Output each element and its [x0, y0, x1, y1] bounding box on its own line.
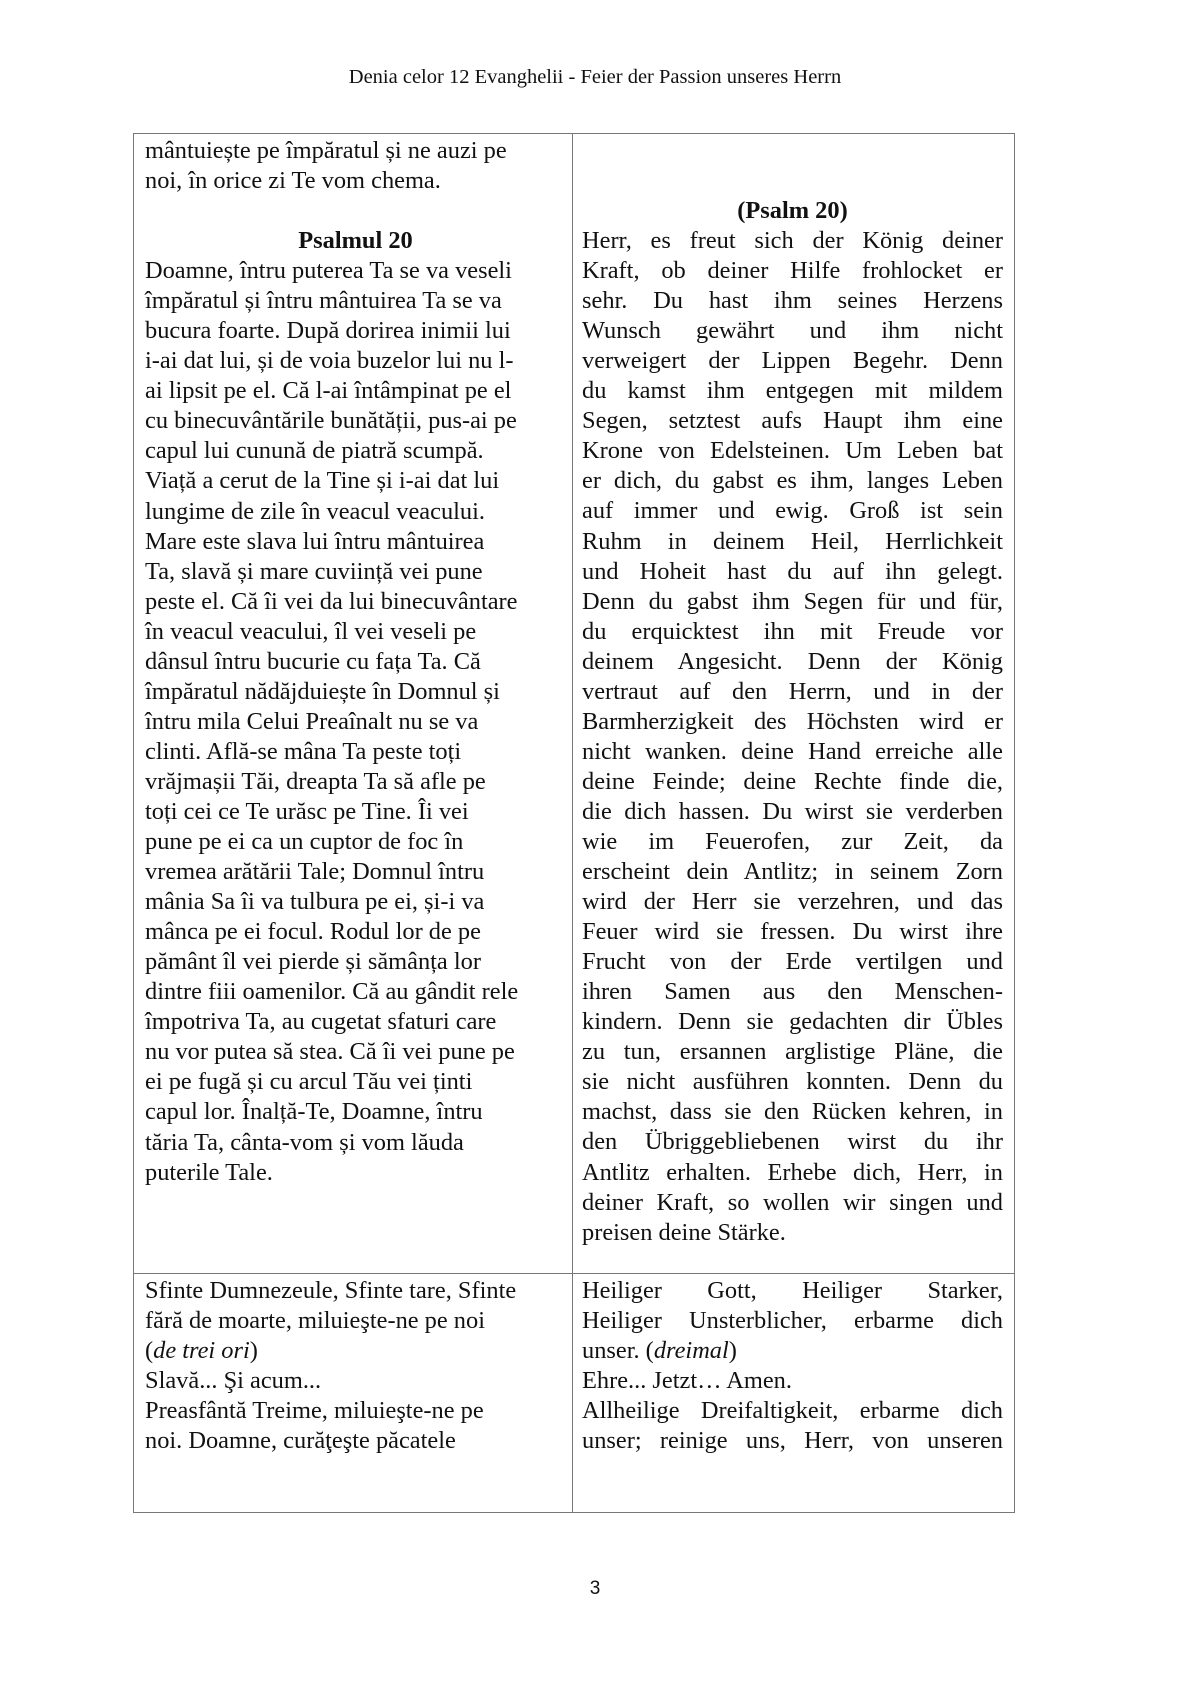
text-line: zu tun, ersannen arglistige Pläne, die: [582, 1037, 1003, 1067]
text-line: deine Feinde; deine Rechte finde die,: [582, 767, 1003, 797]
text-line: preisen deine Stärke.: [582, 1218, 1003, 1248]
text-line: Heiliger Gott, Heiliger Starker,: [582, 1276, 1003, 1306]
text-line: i-ai dat lui, și de voia buzelor lui nu …: [145, 346, 566, 376]
text-line: (de trei ori): [145, 1336, 566, 1366]
text-line: erscheint dein Antlitz; in seinem Zorn: [582, 857, 1003, 887]
german-column-cell: (Psalm 20) Herr, es freut sich der König…: [573, 134, 1015, 1274]
text-line: noi, în orice zi Te vom chema.: [145, 166, 566, 196]
text-line: ai lipsit pe el. Că l-ai întâmpinat pe e…: [145, 376, 566, 406]
text-line: tăria Ta, cânta-vom și vom lăuda: [145, 1128, 566, 1158]
text-line: ihren Samen aus den Menschen-: [582, 977, 1003, 1007]
german-psalm-text: Herr, es freut sich der König deinerKraf…: [582, 226, 1003, 1248]
text-line: nicht wanken. deine Hand erreiche alle: [582, 737, 1003, 767]
romanian-psalm-heading: Psalmul 20: [145, 226, 566, 256]
text-line: Slavă... Şi acum...: [145, 1366, 566, 1396]
romanian-psalm-text: Doamne, întru puterea Ta se va veseliîmp…: [145, 256, 566, 1187]
text-line: împăratul nădăjduiește în Domnul și: [145, 677, 566, 707]
text-line: kindern. Denn sie gedachten dir Übles: [582, 1007, 1003, 1037]
page-number: 3: [0, 1578, 1190, 1600]
text-line: vrăjmașii Tăi, dreapta Ta să afle pe: [145, 767, 566, 797]
text-line: vertraut auf den Herrn, und in der: [582, 677, 1003, 707]
text-line: ei pe fugă și cu arcul Tău vei ținti: [145, 1067, 566, 1097]
text-line: nu vor putea să stea. Că îi vei pune pe: [145, 1037, 566, 1067]
text-line: Antlitz erhalten. Erhebe dich, Herr, in: [582, 1158, 1003, 1188]
text-line: dintre fiii oamenilor. Că au gândit rele: [145, 977, 566, 1007]
text-line: vremea arătării Tale; Domnul întru: [145, 857, 566, 887]
text-line: Ruhm in deinem Heil, Herrlichkeit: [582, 527, 1003, 557]
text-line: du erquicktest ihn mit Freude vor: [582, 617, 1003, 647]
paren-close: ): [250, 1337, 258, 1364]
text-line: Mare este slava lui întru mântuirea: [145, 527, 566, 557]
text-line: Kraft, ob deiner Hilfe frohlocket er: [582, 256, 1003, 286]
text-line: auf immer und ewig. Groß ist sein: [582, 496, 1003, 526]
text-prefix: unser. (: [582, 1337, 654, 1364]
text-line: lungime de zile în veacul veacului.: [145, 497, 566, 527]
text-line: du kamst ihm entgegen mit mildem: [582, 376, 1003, 406]
german-column-cell: Heiliger Gott, Heiliger Starker, Heilige…: [573, 1274, 1015, 1513]
text-line: sie nicht ausführen konnten. Denn du: [582, 1067, 1003, 1097]
text-line: toți cei ce Te urăsc pe Tine. Îi vei: [145, 797, 566, 827]
text-line: dânsul întru bucurie cu fața Ta. Că: [145, 647, 566, 677]
table-row-psalm-20: mântuiește pe împăratul și ne auzi pe no…: [134, 134, 1015, 1274]
paren-close: ): [729, 1337, 737, 1364]
text-line: mânia Sa îi va tulbura pe ei, și-i va: [145, 887, 566, 917]
spacer: [145, 196, 566, 226]
romanian-intro: mântuiește pe împăratul și ne auzi pe no…: [145, 136, 566, 196]
text-line: Wunsch gewährt und ihm nicht: [582, 316, 1003, 346]
text-line: Allheilige Dreifaltigkeit, erbarme dich: [582, 1396, 1003, 1426]
text-line: verweigert der Lippen Begehr. Denn: [582, 346, 1003, 376]
text-line: Preasfântă Treime, miluieşte-ne pe: [145, 1396, 566, 1426]
text-line: mântuiește pe împăratul și ne auzi pe: [145, 136, 566, 166]
text-line: den Übriggebliebenen wirst du ihr: [582, 1127, 1003, 1157]
text-line: fără de moarte, miluieşte-ne pe noi: [145, 1306, 566, 1336]
text-line: noi. Doamne, curăţeşte păcatele: [145, 1426, 566, 1456]
text-line: Sfinte Dumnezeule, Sfinte tare, Sfinte: [145, 1276, 566, 1306]
text-line: und Hoheit hast du auf ihn gelegt.: [582, 557, 1003, 587]
parallel-text-table: mântuiește pe împăratul și ne auzi pe no…: [133, 133, 1015, 1513]
romanian-column-cell: Sfinte Dumnezeule, Sfinte tare, Sfinte f…: [134, 1274, 573, 1513]
rubric-italic: dreimal: [654, 1337, 729, 1364]
text-line: Herr, es freut sich der König deiner: [582, 226, 1003, 256]
text-line: mânca pe ei focul. Rodul lor de pe: [145, 917, 566, 947]
table-row-trisagion: Sfinte Dumnezeule, Sfinte tare, Sfinte f…: [134, 1274, 1015, 1513]
text-line: Doamne, întru puterea Ta se va veseli: [145, 256, 566, 286]
text-line: er dich, du gabst es ihm, langes Leben: [582, 466, 1003, 496]
page-header-title: Denia celor 12 Evanghelii - Feier der Pa…: [0, 66, 1190, 89]
text-line: wird der Herr sie verzehren, und das: [582, 887, 1003, 917]
text-line: unser; reinige uns, Herr, von unseren: [582, 1426, 1003, 1456]
romanian-column-cell: mântuiește pe împăratul și ne auzi pe no…: [134, 134, 573, 1274]
text-line: în veacul veacului, îl vei veseli pe: [145, 617, 566, 647]
rubric-italic: de trei ori: [153, 1337, 250, 1364]
spacer: [582, 136, 1003, 166]
text-line: Viață a cerut de la Tine și i-ai dat lui: [145, 466, 566, 496]
text-line: Frucht von der Erde vertilgen und: [582, 947, 1003, 977]
text-line: împăratul și întru mântuirea Ta se va: [145, 286, 566, 316]
text-line: pământ îl vei pierde și sămânța lor: [145, 947, 566, 977]
text-line: puterile Tale.: [145, 1158, 566, 1188]
text-line: sehr. Du hast ihm seines Herzens: [582, 286, 1003, 316]
text-line: pune pe ei ca un cuptor de foc în: [145, 827, 566, 857]
text-line: clinti. Află-se mâna Ta peste toți: [145, 737, 566, 767]
text-line: deinem Angesicht. Denn der König: [582, 647, 1003, 677]
text-line: die dich hassen. Du wirst sie verderben: [582, 797, 1003, 827]
text-line: machst, dass sie den Rücken kehren, in: [582, 1097, 1003, 1127]
text-line: wie im Feuerofen, zur Zeit, da: [582, 827, 1003, 857]
text-line: cu binecuvântările bunătății, pus-ai pe: [145, 406, 566, 436]
text-line: deiner Kraft, so wollen wir singen und: [582, 1188, 1003, 1218]
text-line: Heiliger Unsterblicher, erbarme dich: [582, 1306, 1003, 1336]
text-line: peste el. Că îi vei da lui binecuvântare: [145, 587, 566, 617]
text-line: Segen, setztest aufs Haupt ihm eine: [582, 406, 1003, 436]
text-line: împotriva Ta, au cugetat sfaturi care: [145, 1007, 566, 1037]
text-line: capul lui cunună de piatră scumpă.: [145, 436, 566, 466]
german-psalm-heading: (Psalm 20): [582, 196, 1003, 226]
text-line: Krone von Edelsteinen. Um Leben bat: [582, 436, 1003, 466]
text-line: Denn du gabst ihm Segen für und für,: [582, 587, 1003, 617]
paren-open: (: [145, 1337, 153, 1364]
text-line: Barmherzigkeit des Höchsten wird er: [582, 707, 1003, 737]
text-line: Ehre... Jetzt… Amen.: [582, 1366, 1003, 1396]
text-line: întru mila Celui Preaînalt nu se va: [145, 707, 566, 737]
text-line: Feuer wird sie fressen. Du wirst ihre: [582, 917, 1003, 947]
text-line: Ta, slavă și mare cuviință vei pune: [145, 557, 566, 587]
text-line: bucura foarte. După dorirea inimii lui: [145, 316, 566, 346]
text-line: capul lor. Înalță-Te, Doamne, întru: [145, 1097, 566, 1127]
spacer: [582, 166, 1003, 196]
text-line: unser. (dreimal): [582, 1336, 1003, 1366]
